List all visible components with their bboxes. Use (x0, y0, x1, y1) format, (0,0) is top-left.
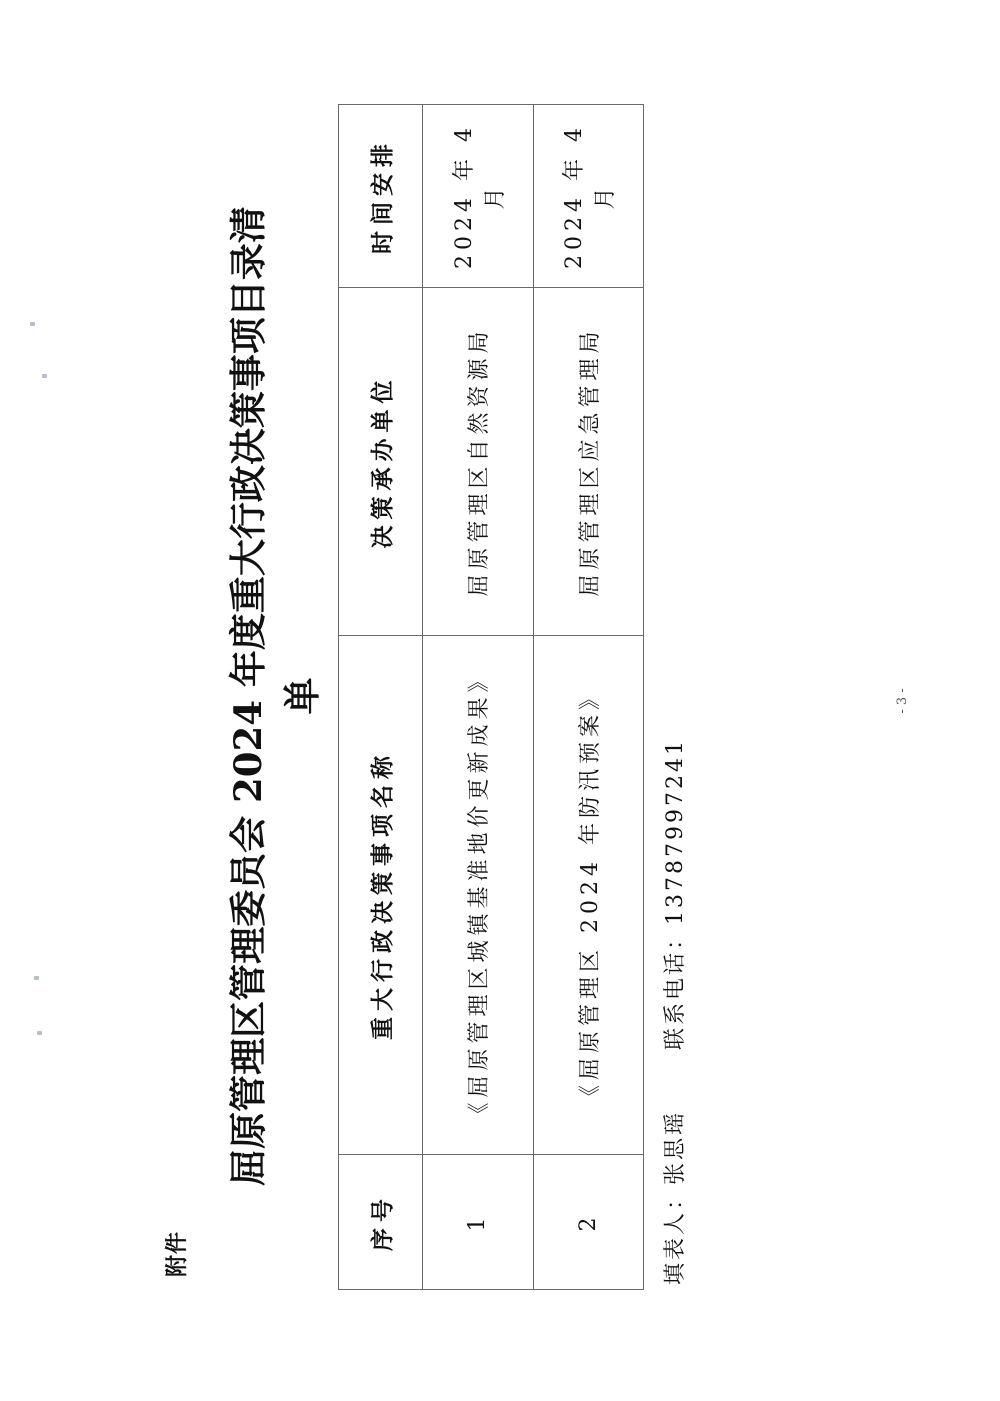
cell-responsible-unit: 屈原管理区应急管理局 (533, 288, 643, 636)
cell-schedule: 2024 年 4 月 (423, 105, 533, 288)
scan-mark (30, 322, 35, 326)
scan-mark (34, 976, 39, 980)
cell-schedule: 2024 年 4 月 (533, 105, 643, 288)
document-title: 屈原管理区管理委员会 2024 年度重大行政决策事项目录清单 (218, 191, 326, 1201)
scan-mark (37, 1031, 42, 1035)
table-row: 2 《屈原管理区 2024 年防汛预案》 屈原管理区应急管理局 2024 年 4… (533, 105, 643, 1290)
header-schedule: 时间安排 (339, 105, 423, 288)
header-index: 序号 (339, 1155, 423, 1290)
attachment-label: 附件 (160, 1231, 191, 1277)
cell-index: 2 (533, 1155, 643, 1290)
phone-number: 13787997241 (663, 738, 688, 925)
cell-index: 1 (423, 1155, 533, 1290)
footer-contact: 填表人：张思瑶联系电话：13787997241 (658, 738, 689, 1285)
cell-item-name: 《屈原管理区 2024 年防汛预案》 (533, 636, 643, 1155)
scan-mark (42, 374, 47, 378)
table-row: 1 《屈原管理区城镇基准地价更新成果》 屈原管理区自然资源局 2024 年 4 … (423, 105, 533, 1290)
filler-label: 填表人： (658, 1185, 689, 1285)
header-responsible-unit: 决策承办单位 (339, 288, 423, 636)
cell-item-name: 《屈原管理区城镇基准地价更新成果》 (423, 636, 533, 1155)
header-item-name: 重大行政决策事项名称 (339, 636, 423, 1155)
filler-name: 张思瑶 (658, 1110, 689, 1185)
phone-label: 联系电话： (658, 925, 689, 1050)
page-number: - 3 - (895, 681, 910, 721)
table-header-row: 序号 重大行政决策事项名称 决策承办单位 时间安排 (339, 105, 423, 1290)
cell-responsible-unit: 屈原管理区自然资源局 (423, 288, 533, 636)
document-page: 附件 屈原管理区管理委员会 2024 年度重大行政决策事项目录清单 序号 重大行… (0, 0, 1000, 1401)
decision-list-table: 序号 重大行政决策事项名称 决策承办单位 时间安排 1 《屈原管理区城镇基准地价… (338, 104, 644, 1290)
